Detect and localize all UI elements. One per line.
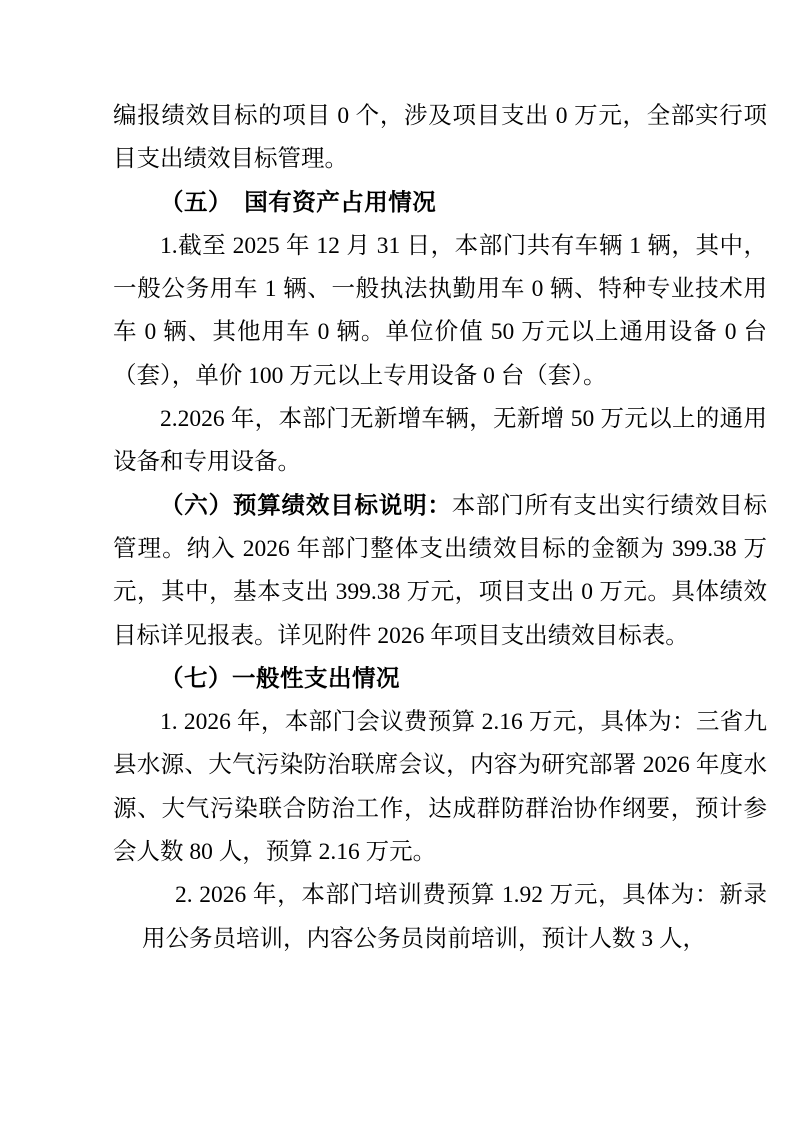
paragraph-section-6-budget-performance: （六）预算绩效目标说明：本部门所有支出实行绩效目标管理。纳入 2026 年部门整… [113,485,767,658]
paragraph-training-fee: 2. 2026 年，本部门培训费预算 1.92 万元，具体为：新录用公务员培训，… [142,874,767,961]
paragraph-assets-new: 2.2026 年，本部门无新增车辆，无新增 50 万元以上的通用设备和专用设备。 [113,398,767,485]
paragraph-assets-status: 1.截至 2025 年 12 月 31 日，本部门共有车辆 1 辆，其中，一般公… [113,225,767,398]
section-6-bold-lead: （六）预算绩效目标说明： [160,493,452,519]
paragraph-performance-targets-continuation: 编报绩效目标的项目 0 个，涉及项目支出 0 万元，全部实行项目支出绩效目标管理… [113,95,767,182]
document-page: 编报绩效目标的项目 0 个，涉及项目支出 0 万元，全部实行项目支出绩效目标管理… [0,0,793,1122]
heading-section-5-state-assets: （五） 国有资产占用情况 [113,182,767,225]
paragraph-meeting-fee: 1. 2026 年，本部门会议费预算 2.16 万元，具体为：三省九县水源、大气… [113,701,767,874]
heading-section-7-general-expenditure: （七）一般性支出情况 [113,658,767,701]
